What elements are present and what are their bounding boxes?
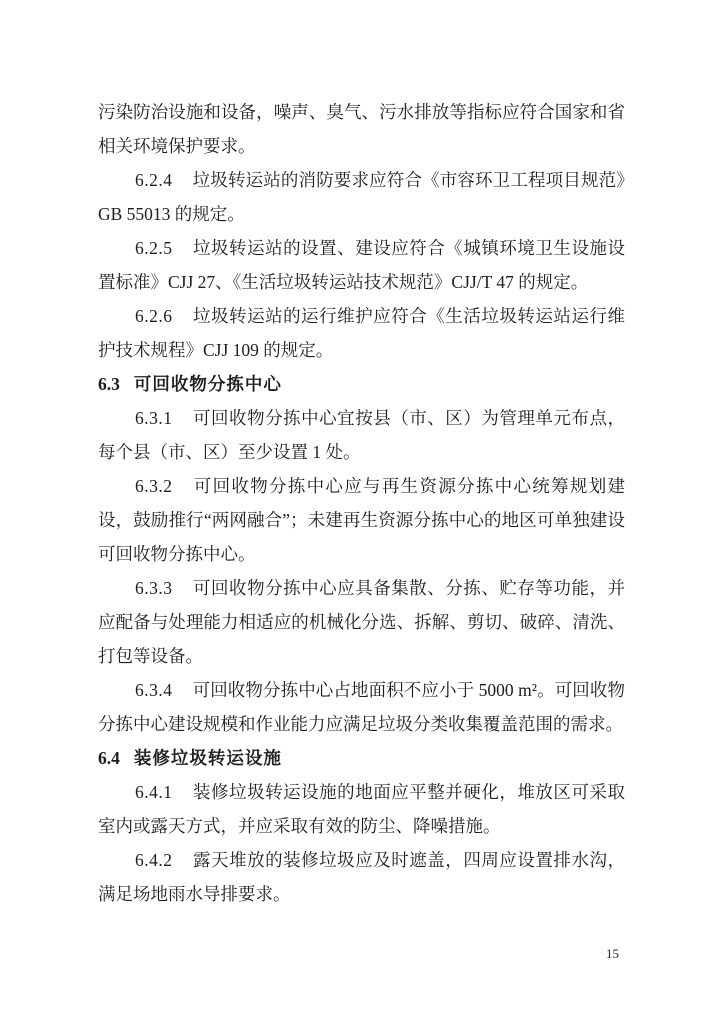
page-content: 污染防治设施和设备，噪声、臭气、污水排放等指标应符合国家和省相关环境保护要求。 … bbox=[98, 95, 625, 911]
clause-number: 6.2.5 bbox=[135, 238, 193, 258]
body-paragraph-continuation: 污染防治设施和设备，噪声、臭气、污水排放等指标应符合国家和省相关环境保护要求。 bbox=[98, 95, 625, 163]
section-number: 6.4 bbox=[98, 748, 134, 768]
clause-number: 6.3.3 bbox=[135, 578, 193, 598]
section-heading-6-3: 6.3可回收物分拣中心 bbox=[98, 367, 625, 401]
clause-paragraph-6-2-4: 6.2.4垃圾转运站的消防要求应符合《市容环卫工程项目规范》GB 55013 的… bbox=[98, 163, 625, 231]
section-title: 可回收物分拣中心 bbox=[134, 374, 282, 394]
clause-paragraph-6-3-3: 6.3.3可回收物分拣中心应具备集散、分拣、贮存等功能，并应配备与处理能力相适应… bbox=[98, 571, 625, 673]
clause-paragraph-6-3-4: 6.3.4可回收物分拣中心占地面积不应小于 5000 m²。可回收物分拣中心建设… bbox=[98, 673, 625, 741]
clause-paragraph-6-4-2: 6.4.2露天堆放的装修垃圾应及时遮盖，四周应设置排水沟，满足场地雨水导排要求。 bbox=[98, 843, 625, 911]
clause-number: 6.2.4 bbox=[135, 170, 193, 190]
clause-number: 6.4.1 bbox=[135, 782, 193, 802]
clause-number: 6.4.2 bbox=[135, 850, 193, 870]
section-title: 装修垃圾转运设施 bbox=[134, 748, 282, 768]
clause-paragraph-6-3-2: 6.3.2可回收物分拣中心应与再生资源分拣中心统筹规划建设，鼓励推行“两网融合”… bbox=[98, 469, 625, 571]
clause-number: 6.2.6 bbox=[135, 306, 193, 326]
clause-number: 6.3.2 bbox=[135, 476, 193, 496]
clause-paragraph-6-2-5: 6.2.5垃圾转运站的设置、建设应符合《城镇环境卫生设施设置标准》CJJ 27、… bbox=[98, 231, 625, 299]
clause-paragraph-6-2-6: 6.2.6垃圾转运站的运行维护应符合《生活垃圾转运站运行维护技术规程》CJJ 1… bbox=[98, 299, 625, 367]
document-page: 污染防治设施和设备，噪声、臭气、污水排放等指标应符合国家和省相关环境保护要求。 … bbox=[0, 0, 725, 1024]
section-heading-6-4: 6.4装修垃圾转运设施 bbox=[98, 741, 625, 775]
page-number: 15 bbox=[606, 946, 619, 962]
clause-number: 6.3.4 bbox=[135, 680, 193, 700]
paragraph-text: 污染防治设施和设备，噪声、臭气、污水排放等指标应符合国家和省相关环境保护要求。 bbox=[98, 102, 625, 156]
clause-paragraph-6-4-1: 6.4.1装修垃圾转运设施的地面应平整并硬化，堆放区可采取室内或露天方式，并应采… bbox=[98, 775, 625, 843]
clause-paragraph-6-3-1: 6.3.1可回收物分拣中心宜按县（市、区）为管理单元布点，每个县（市、区）至少设… bbox=[98, 401, 625, 469]
section-number: 6.3 bbox=[98, 374, 134, 394]
clause-number: 6.3.1 bbox=[135, 408, 193, 428]
